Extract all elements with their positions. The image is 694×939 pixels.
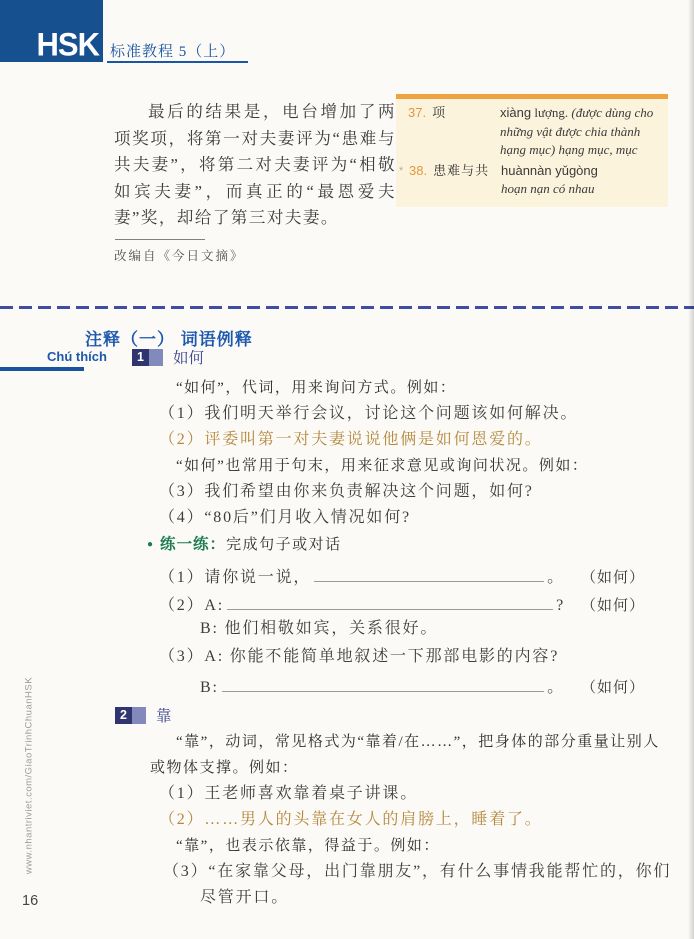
source-note: 改编自《今日文摘》	[114, 246, 245, 264]
example-sentence: （3）“在家靠父母，出门靠朋友”，有什么事情我能帮忙的，你们尽管开口。	[163, 859, 676, 910]
practice-prefix: （2）A:	[159, 592, 224, 615]
section-2-heading: 2 靠	[115, 705, 694, 725]
practice-item-3-reply: B: 。 （如何）	[200, 671, 645, 697]
vocab-star-mark: *	[399, 162, 409, 199]
example-sentence: （1）王老师喜欢靠着桌子讲课。	[159, 781, 670, 807]
badge-tail	[132, 707, 146, 724]
section-1-heading: 1 如何	[132, 346, 204, 368]
vocab-term: 38.患难与共	[409, 162, 501, 199]
section-word: 靠	[156, 704, 172, 726]
practice-question: （3）A: 你能不能简单地叙述一下那部电影的内容?	[159, 643, 694, 671]
vocab-item-38: * 38.患难与共 huànnàn yǔgòng hoạn nạn có nha…	[408, 162, 658, 199]
vocab-meaning: hoạn nạn có nhau	[501, 180, 658, 199]
vocab-item-37: 37.项 xiàng lượng. (được dùng cho những v…	[408, 104, 658, 160]
explanation-text: “如何”，代词，用来询问方式。例如：	[150, 375, 664, 401]
sidebar-url: www.nhantriviet.com/GiaoTrinhChuanHSK	[24, 661, 35, 891]
practice-label: 练一练：	[160, 536, 226, 553]
fill-in-blank	[314, 580, 544, 582]
vocab-pinyin: huànnàn yǔgòng	[501, 162, 658, 181]
notes-content: “如何”，代词，用来询问方式。例如： （1）我们明天举行会议，讨论这个问题该如何…	[0, 375, 694, 910]
vocab-number: 37.	[408, 105, 426, 120]
series-title: 标准教程 5（上）	[110, 40, 235, 61]
explanation-text: “靠”，也表示依靠，得益于。例如：	[150, 833, 664, 859]
badge-number: 2	[115, 707, 132, 724]
explanation-text: “如何”也常用于句末，用来征求意见或询问状况。例如：	[150, 453, 664, 479]
example-sentence-highlighted: （2）评委叫第一对夫妻说说他俩是如何恩爱的。	[159, 427, 670, 453]
practice-prefix: B:	[200, 679, 219, 697]
page-number: 16	[22, 893, 38, 909]
example-sentence: （3）我们希望由你来负责解决这个问题，如何?	[159, 479, 670, 505]
vocab-number: 38.	[409, 163, 427, 178]
page-edge-shadow	[688, 0, 694, 939]
hint-label: （如何）	[581, 566, 645, 587]
vocab-definition: huànnàn yǔgòng hoạn nạn có nhau	[501, 162, 658, 199]
section-word: 如何	[173, 346, 204, 368]
reading-paragraph: 最后的结果是，电台增加了两项奖项，将第一对夫妻评为“患难与共夫妻”，将第二对夫妻…	[114, 99, 396, 232]
example-sentence-highlighted: （2）……男人的头靠在女人的肩膀上，睡着了。	[159, 807, 670, 833]
vocab-word: 项	[432, 105, 446, 120]
explanation-text: “靠”，动词，常见格式为“靠着/在……”，把身体的部分重量让别人或物体支撑。例如…	[150, 729, 664, 781]
bullet-icon: ●	[147, 539, 153, 550]
fill-in-blank	[227, 608, 553, 610]
badge-tail	[149, 349, 163, 366]
practice-punct: 。	[547, 674, 565, 697]
notes-accent-bar	[0, 367, 84, 371]
fill-in-blank	[222, 690, 544, 692]
vocab-word: 患难与共	[433, 163, 489, 178]
example-sentence: （1）我们明天举行会议，讨论这个问题该如何解决。	[159, 401, 670, 427]
source-rule	[115, 239, 205, 240]
hint-label: （如何）	[581, 594, 645, 615]
example-sentence: （4）“80后”们月收入情况如何?	[159, 505, 670, 531]
series-underline	[107, 61, 248, 63]
practice-reply: B: 他们相敬如宾，关系很好。	[200, 615, 694, 643]
practice-punct: ?	[556, 597, 565, 615]
textbook-page: HSK 标准教程 5（上） 最后的结果是，电台增加了两项奖项，将第一对夫妻评为“…	[0, 0, 694, 939]
hsk-logo-text: HSK	[37, 28, 99, 61]
hsk-logo-block: HSK	[0, 0, 103, 62]
vocab-term: 37.项	[408, 104, 500, 160]
practice-header: ●练一练：完成句子或对话	[147, 531, 694, 559]
practice-punct: 。	[547, 564, 565, 587]
section-divider-dashed	[0, 306, 694, 309]
section-number-badge: 1	[132, 349, 163, 366]
vocab-pos: lượng.	[534, 105, 568, 120]
vocab-box: 37.项 xiàng lượng. (được dùng cho những v…	[396, 94, 668, 207]
practice-task: 完成句子或对话	[226, 537, 342, 553]
hint-label: （如何）	[581, 676, 645, 697]
practice-prefix: （1）请你说一说，	[159, 564, 311, 587]
badge-number: 1	[132, 349, 149, 366]
vocab-pinyin: xiàng	[500, 105, 531, 120]
practice-item-1: （1）请你说一说， 。 （如何）	[159, 559, 645, 587]
notes-subtitle: Chú thích	[47, 349, 107, 364]
section-number-badge: 2	[115, 707, 146, 724]
practice-item-2: （2）A: ? （如何）	[159, 587, 645, 615]
vocab-definition: xiàng lượng. (được dùng cho những vật đư…	[500, 104, 658, 160]
